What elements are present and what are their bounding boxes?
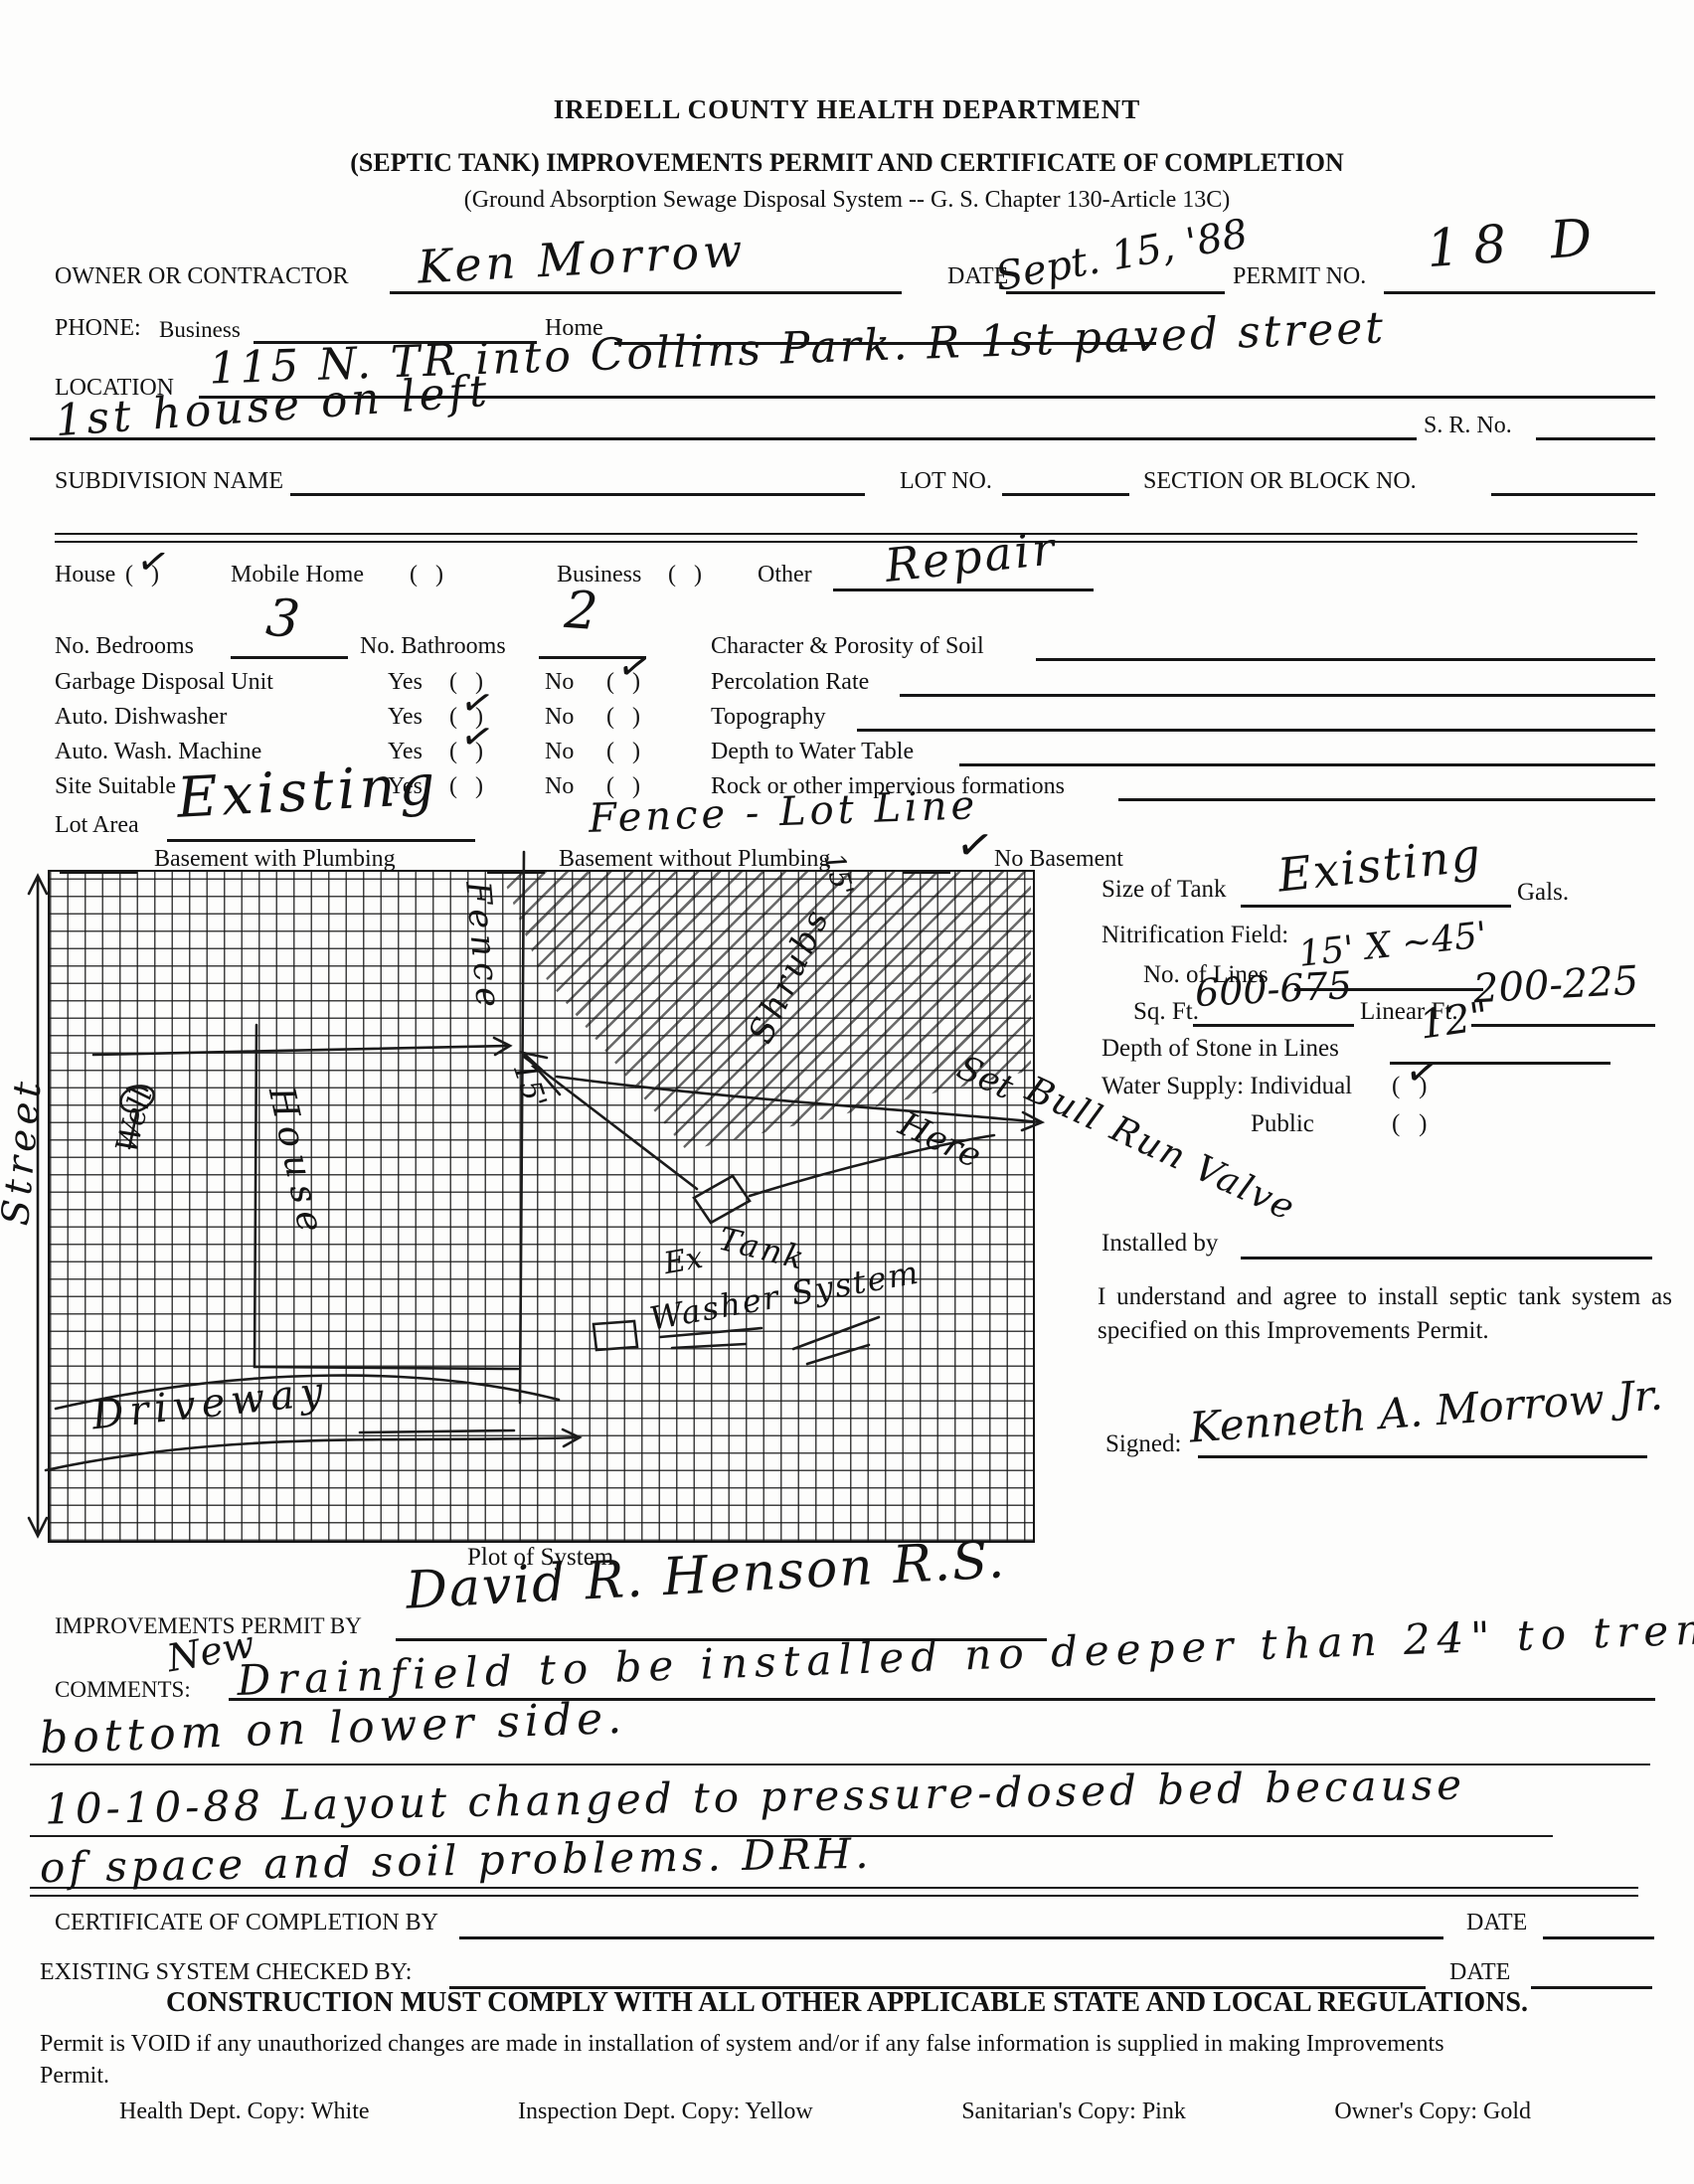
bedrooms-label: No. Bedrooms — [55, 634, 194, 659]
linear-ft-value: 200-225 — [1472, 960, 1639, 1011]
topography-underline — [857, 701, 1655, 732]
washer-box — [593, 1321, 637, 1350]
subdivision-underline — [290, 465, 865, 496]
permit-no-label: PERMIT NO. — [1233, 264, 1366, 289]
form-subtitle: (Ground Absorption Sewage Disposal Syste… — [0, 188, 1694, 213]
wash-machine-no-paren: ( ) — [606, 740, 640, 764]
depth-of-stone-label: Depth of Stone in Lines — [1101, 1036, 1339, 1062]
construction-notice: CONSTRUCTION MUST COMPLY WITH ALL OTHER … — [0, 1988, 1694, 2017]
nitrification-label: Nitrification Field: — [1101, 923, 1288, 948]
comments-line4: of space and soil problems. DRH. — [40, 1832, 873, 1891]
certificate-completion-label: CERTIFICATE OF COMPLETION BY — [55, 1911, 438, 1935]
soil-field-label: Character & Porosity of Soil — [711, 634, 984, 659]
lot-no-label: LOT NO. — [900, 469, 992, 494]
wash-machine-label: Auto. Wash. Machine — [55, 740, 261, 764]
existing-date-underline — [1531, 1958, 1652, 1989]
water-table-underline — [959, 736, 1655, 766]
owner-copy: Owner's Copy: Gold — [1334, 2100, 1531, 2124]
fence-line — [520, 852, 524, 1403]
existing-date-label: DATE — [1449, 1960, 1510, 1985]
comments-line1-underline — [229, 1670, 1655, 1701]
owner-label: OWNER OR CONTRACTOR — [55, 264, 349, 289]
subdivision-label: SUBDIVISION NAME — [55, 469, 283, 494]
copies-row: Health Dept. Copy: White Inspection Dept… — [119, 2100, 1531, 2124]
topography-label: Topography — [711, 705, 826, 730]
site-suitable-label: Site Suitable — [55, 774, 176, 799]
sr-no-underline — [1536, 410, 1655, 440]
inspection-copy: Inspection Dept. Copy: Yellow — [518, 2100, 813, 2124]
bathrooms-label: No. Bathrooms — [360, 634, 506, 659]
house-checkmark: ✓ — [133, 540, 172, 586]
phone-business-label: Business — [159, 318, 241, 342]
business-paren: ( ) — [668, 563, 702, 588]
fence-to-tank-line — [524, 1057, 697, 1189]
size-of-tank-label: Size of Tank — [1101, 877, 1227, 903]
section-block-label: SECTION OR BLOCK NO. — [1143, 469, 1417, 494]
section-block-underline — [1491, 465, 1655, 496]
mobile-home-label: Mobile Home — [231, 563, 364, 588]
water-supply-individual-label: Water Supply: Individual — [1101, 1074, 1352, 1099]
lot-area-value: Existing — [176, 756, 440, 829]
water-supply-public-label: Public — [1251, 1111, 1314, 1137]
percolation-underline — [900, 666, 1655, 697]
comments-end-rule — [30, 1887, 1638, 1897]
dishwasher-no-label: No — [545, 705, 574, 730]
garbage-yes-label: Yes — [388, 670, 423, 695]
agreement-text: I understand and agree to install septic… — [1098, 1280, 1672, 1348]
well-to-fence-arrow — [93, 1038, 560, 1094]
percolation-label: Percolation Rate — [711, 670, 869, 695]
sr-no-label: S. R. No. — [1424, 414, 1512, 438]
void-notice: Permit is VOID if any unauthorized chang… — [40, 2028, 1501, 2093]
water-table-label: Depth to Water Table — [711, 740, 914, 764]
mobile-home-paren: ( ) — [410, 563, 443, 588]
department-title: IREDELL COUNTY HEALTH DEPARTMENT — [0, 95, 1694, 123]
bathrooms-value: 2 — [563, 584, 599, 640]
phone-label: PHONE: — [55, 316, 141, 341]
ex-washer-label-line1: Ex — [662, 1243, 706, 1280]
site-suitable-yes-paren: ( ) — [449, 774, 483, 799]
site-suitable-no-label: No — [545, 774, 574, 799]
form-title: (SEPTIC TANK) IMPROVEMENTS PERMIT AND CE… — [0, 149, 1694, 176]
permit-no-value: 18 D — [1425, 211, 1608, 277]
existing-system-label: EXISTING SYSTEM CHECKED BY: — [40, 1960, 412, 1985]
garbage-disposal-label: Garbage Disposal Unit — [55, 670, 273, 695]
installed-by-underline — [1241, 1229, 1652, 1260]
soil-field-underline — [1036, 630, 1655, 661]
rock-formations-underline — [1118, 770, 1655, 801]
lot-no-underline — [1002, 465, 1129, 496]
signed-label: Signed: — [1105, 1431, 1181, 1457]
scanned-permit-form: IREDELL COUNTY HEALTH DEPARTMENT (SEPTIC… — [0, 0, 1694, 2184]
location2-underline — [30, 410, 1417, 440]
existing-system-underline — [449, 1958, 1426, 1989]
fence-lot-line-note: Fence - Lot Line — [588, 784, 978, 840]
house-label: House — [55, 563, 115, 588]
other-label: Other — [758, 563, 812, 588]
dishwasher-no-paren: ( ) — [606, 705, 640, 730]
dishwasher-yes-label: Yes — [388, 705, 423, 730]
sq-ft-value: 600-675 — [1194, 966, 1353, 1014]
certificate-completion-underline — [459, 1909, 1443, 1939]
sanitarian-copy: Sanitarian's Copy: Pink — [961, 2100, 1186, 2124]
sq-ft-label: Sq. Ft. — [1133, 999, 1199, 1025]
installed-by-label: Installed by — [1101, 1231, 1218, 1257]
dishwasher-label: Auto. Dishwasher — [55, 705, 227, 730]
garbage-no-label: No — [545, 670, 574, 695]
depth-of-stone-value: 12" — [1417, 995, 1490, 1046]
wash-machine-no-label: No — [545, 740, 574, 764]
certificate-date-underline — [1543, 1909, 1654, 1939]
divider-rule — [55, 533, 1637, 543]
plot-sketch-lines — [0, 850, 1412, 1566]
certificate-date-label: DATE — [1466, 1911, 1527, 1935]
lot-area-label: Lot Area — [55, 813, 139, 838]
bedrooms-value: 3 — [263, 590, 302, 648]
comments-label: COMMENTS: — [55, 1678, 191, 1702]
gals-label: Gals. — [1517, 880, 1569, 906]
health-copy: Health Dept. Copy: White — [119, 2100, 370, 2124]
water-public-paren: ( ) — [1392, 1111, 1427, 1137]
tank-shape — [694, 1176, 750, 1223]
water-individual-checkmark: ✓ — [1402, 1049, 1443, 1096]
plot-area: Street Well House Fence 15' 15' Shrubs T… — [0, 850, 1412, 1566]
